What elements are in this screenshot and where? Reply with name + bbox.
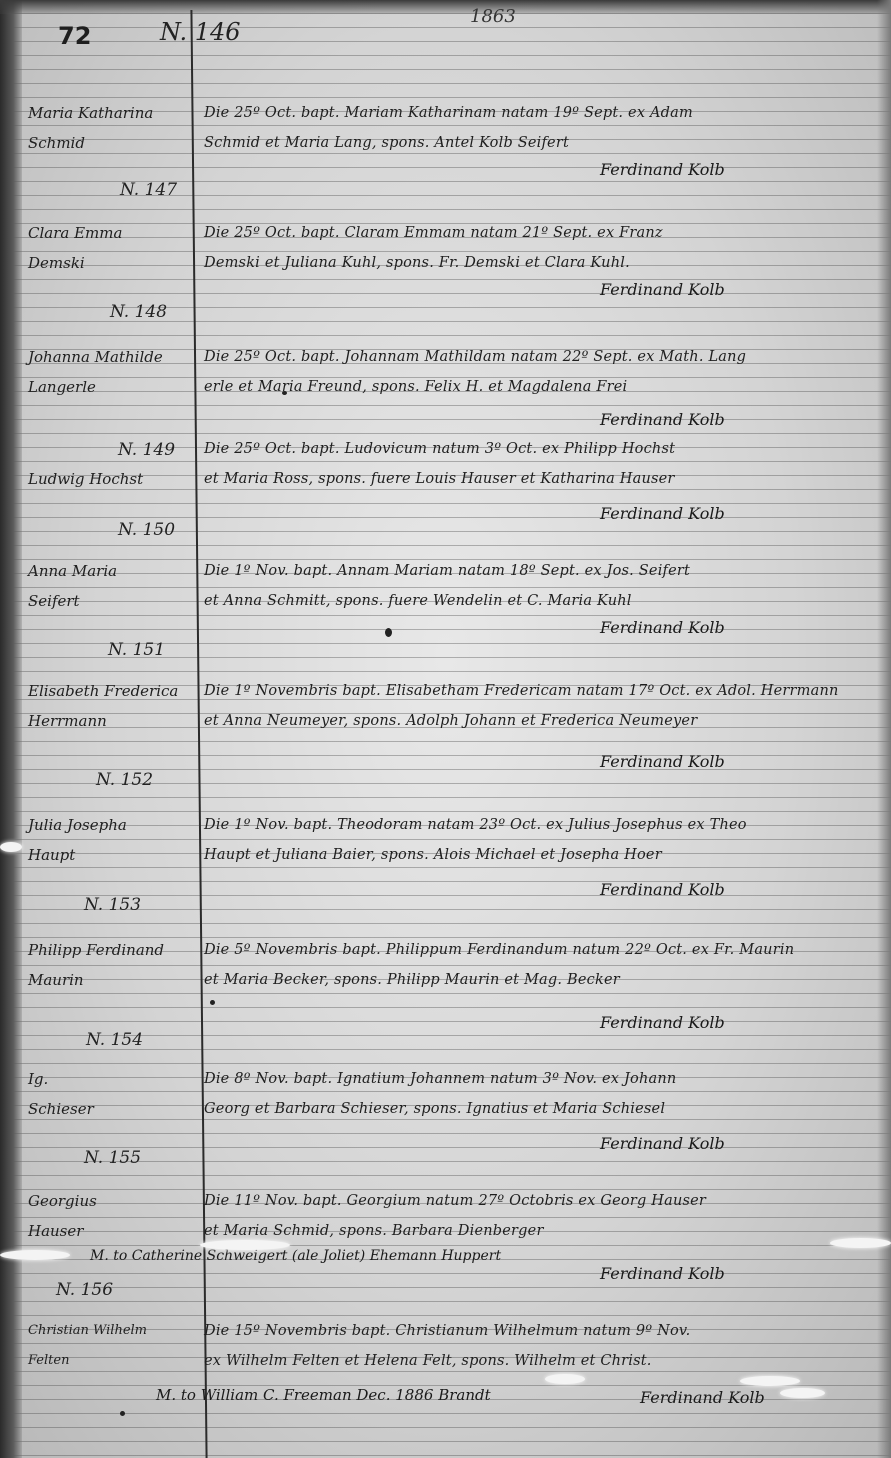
entry-number: N. 153 — [84, 895, 141, 915]
record-line-2: Demski et Juliana Kuhl, spons. Fr. Demsk… — [204, 248, 854, 278]
child-name: Ludwig Hochst — [28, 464, 196, 494]
record-line-2: et Maria Ross, spons. fuere Louis Hauser… — [204, 464, 854, 494]
child-name: Julia Josepha Haupt — [28, 810, 196, 870]
entry-number: N. 147 — [120, 180, 177, 200]
record-line-2: et Maria Becker, spons. Philipp Maurin e… — [204, 965, 854, 995]
child-name: Clara Emma Demski — [28, 218, 196, 278]
priest-signature: Ferdinand Kolb — [600, 280, 725, 299]
entry-number: N. 152 — [96, 770, 153, 790]
entry-number: N. 156 — [56, 1280, 113, 1300]
record-line-1: Die 5º Novembris bapt. Philippum Ferdina… — [204, 935, 854, 965]
priest-signature: Ferdinand Kolb — [600, 1134, 725, 1153]
priest-signature: Ferdinand Kolb — [640, 1388, 765, 1407]
priest-signature: Ferdinand Kolb — [600, 1264, 725, 1283]
child-name: Ig. Schieser — [28, 1064, 196, 1124]
record-line-2: et Anna Schmitt, spons. fuere Wendelin e… — [204, 586, 854, 616]
register-number: N. 146 — [160, 18, 241, 46]
priest-signature: Ferdinand Kolb — [600, 1013, 725, 1032]
record-line-1: Die 11º Nov. bapt. Georgium natum 27º Oc… — [204, 1186, 854, 1216]
child-name: Anna Maria Seifert — [28, 556, 196, 616]
record-line-2: Georg et Barbara Schieser, spons. Ignati… — [204, 1094, 854, 1124]
priest-signature: Ferdinand Kolb — [600, 752, 725, 771]
record-line-1: Die 25º Oct. bapt. Claram Emmam natam 21… — [204, 218, 854, 248]
page-tear — [545, 1374, 585, 1384]
record-line-1: Die 25º Oct. bapt. Johannam Mathildam na… — [204, 342, 854, 372]
ink-speck — [210, 1000, 215, 1005]
page-tear — [740, 1376, 800, 1386]
marginal-annotation: M. to Catherine Schweigert (ale Joliet) … — [90, 1248, 501, 1264]
top-edge-shadow — [0, 0, 891, 14]
priest-signature: Ferdinand Kolb — [600, 410, 725, 429]
page-number: 72 — [58, 22, 91, 50]
record-line-2: Schmid et Maria Lang, spons. Antel Kolb … — [204, 128, 854, 158]
record-line-1: Die 15º Novembris bapt. Christianum Wilh… — [204, 1316, 854, 1346]
priest-signature: Ferdinand Kolb — [600, 160, 725, 179]
record-line-1: Die 25º Oct. bapt. Mariam Katharinam nat… — [204, 98, 854, 128]
record-line-1: Die 8º Nov. bapt. Ignatium Johannem natu… — [204, 1064, 854, 1094]
child-name: Johanna Mathilde Langerle — [28, 342, 196, 402]
page-tear — [780, 1388, 825, 1398]
ink-speck — [282, 391, 287, 395]
ink-speck — [385, 628, 392, 637]
priest-signature: Ferdinand Kolb — [600, 504, 725, 523]
entry-number: N. 151 — [108, 640, 165, 660]
entry-number: N. 149 — [118, 440, 175, 460]
book-binding-shadow — [0, 0, 22, 1458]
entry-number: N. 150 — [118, 520, 175, 540]
page-tear — [830, 1238, 891, 1248]
child-name: Christian Wilhelm Felten — [28, 1316, 196, 1376]
priest-signature: Ferdinand Kolb — [600, 880, 725, 899]
page-tear — [200, 1240, 290, 1250]
record-line-2: Haupt et Juliana Baier, spons. Alois Mic… — [204, 840, 854, 870]
child-name: Georgius Hauser — [28, 1186, 196, 1246]
record-line-2: ex Wilhelm Felten et Helena Felt, spons.… — [204, 1346, 854, 1376]
record-line-2: et Anna Neumeyer, spons. Adolph Johann e… — [204, 706, 854, 736]
entry-number: N. 155 — [84, 1148, 141, 1168]
record-line-2: erle et Maria Freund, spons. Felix H. et… — [204, 372, 854, 402]
page-tear — [0, 1250, 70, 1260]
child-name: Elisabeth Frederica Herrmann — [28, 676, 196, 736]
ink-speck — [120, 1411, 125, 1416]
year-heading: 1863 — [470, 6, 516, 27]
record-line-2: et Maria Schmid, spons. Barbara Dienberg… — [204, 1216, 854, 1246]
page-tear — [0, 842, 22, 852]
entry-number: N. 154 — [86, 1030, 143, 1050]
record-line-1: Die 1º Nov. bapt. Theodoram natam 23º Oc… — [204, 810, 854, 840]
child-name: Maria Katharina Schmid — [28, 98, 196, 158]
record-line-1: Die 25º Oct. bapt. Ludovicum natum 3º Oc… — [204, 434, 854, 464]
record-line-1: Die 1º Nov. bapt. Annam Mariam natam 18º… — [204, 556, 854, 586]
record-line-1: Die 1º Novembris bapt. Elisabetham Frede… — [204, 676, 854, 706]
register-page: 72 N. 146 1863 Maria Katharina Schmid Di… — [0, 0, 891, 1458]
entry-number: N. 148 — [110, 302, 167, 322]
priest-signature: Ferdinand Kolb — [600, 618, 725, 637]
child-name: Philipp Ferdinand Maurin — [28, 935, 196, 995]
marginal-annotation: M. to William C. Freeman Dec. 1886 Brand… — [156, 1386, 491, 1404]
